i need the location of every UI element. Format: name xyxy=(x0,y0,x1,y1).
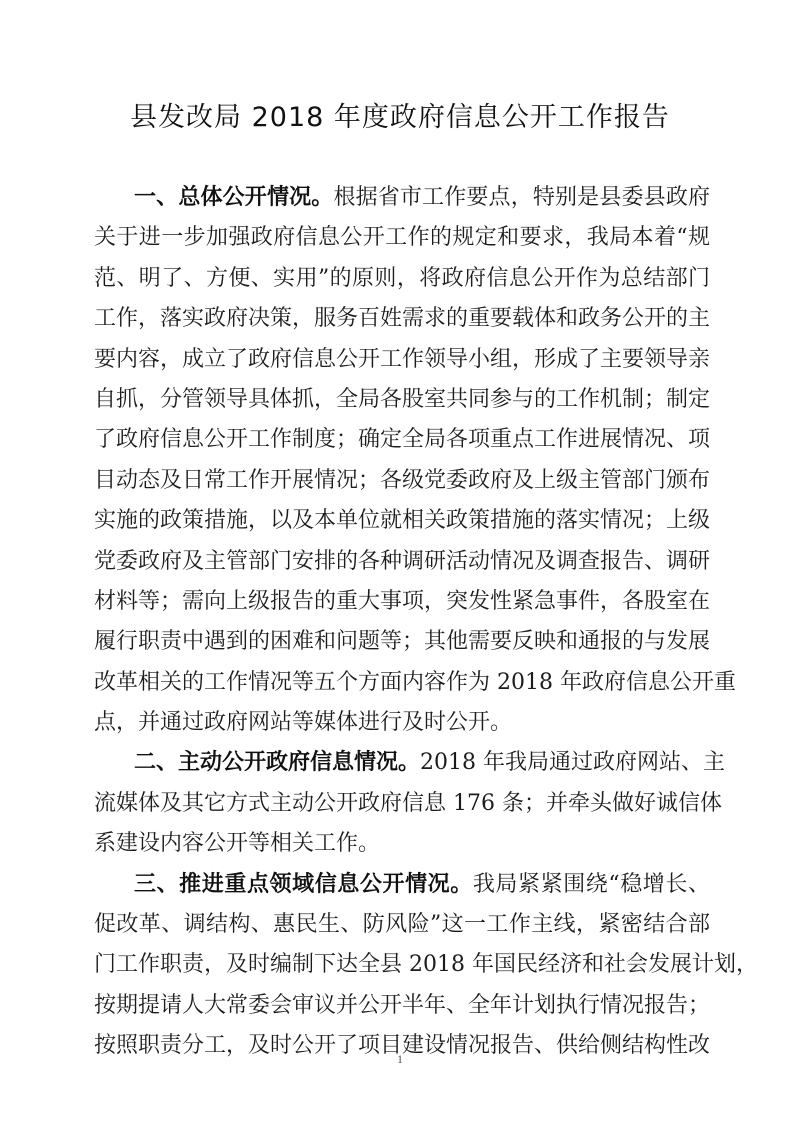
paragraph-line: 系建设内容公开等相关工作。 xyxy=(94,824,710,864)
paragraph-line: 范、明了、方便、实用”的原则，将政府信息公开作为总结部门 xyxy=(94,259,710,299)
paragraph-line: 门工作职责，及时编制下达全县 2018 年国民经济和社会发展计划， xyxy=(94,945,710,985)
section-1-heading: 一、总体公开情况。 xyxy=(134,185,333,210)
paragraph-line: 改革相关的工作情况等五个方面内容作为 2018 年政府信息公开重 xyxy=(94,663,710,703)
document-body: 一、总体公开情况。根据省市工作要点，特别是县委县政府 关于进一步加强政府信息公开… xyxy=(94,178,710,1067)
paragraph-line: 按期提请人大常委会审议并公开半年、全年计划执行情况报告； xyxy=(94,986,710,1026)
document-title: 县发改局 2018 年度政府信息公开工作报告 xyxy=(0,98,800,138)
paragraph-line: 履行职责中遇到的困难和问题等；其他需要反映和通报的与发展 xyxy=(94,622,710,662)
paragraph-line: 工作，落实政府决策，服务百姓需求的重要载体和政务公开的主 xyxy=(94,299,710,339)
paragraph-text: 根据省市工作要点，特别是县委县政府 xyxy=(333,185,710,210)
paragraph-text: 我局紧紧围绕“稳增长、 xyxy=(473,872,710,897)
paragraph-line: 材料等；需向上级报告的重大事项，突发性紧急事件，各股室在 xyxy=(94,582,710,622)
paragraph-line: 促改革、调结构、惠民生、防风险”这一工作主线，紧密结合部 xyxy=(94,905,710,945)
paragraph-line: 点，并通过政府网站等媒体进行及时公开。 xyxy=(94,703,710,743)
page-number: 1 xyxy=(0,1052,800,1067)
paragraph-text: 2018 年我局通过政府网站、主 xyxy=(420,750,725,775)
paragraph-line: 要内容，成立了政府信息公开工作领导小组，形成了主要领导亲 xyxy=(94,340,710,380)
section-3-line-1: 三、推进重点领域信息公开情况。我局紧紧围绕“稳增长、 xyxy=(94,865,710,905)
section-2-heading: 二、主动公开政府信息情况。 xyxy=(134,750,420,775)
paragraph-line: 自抓，分管领导具体抓，全局各股室共同参与的工作机制；制定 xyxy=(94,380,710,420)
paragraph-line: 目动态及日常工作开展情况；各级党委政府及上级主管部门颁布 xyxy=(94,461,710,501)
paragraph-line: 实施的政策措施，以及本单位就相关政策措施的落实情况；上级 xyxy=(94,501,710,541)
paragraph-line: 流媒体及其它方式主动公开政府信息 176 条；并牵头做好诚信体 xyxy=(94,784,710,824)
paragraph-line: 了政府信息公开工作制度；确定全局各项重点工作进展情况、项 xyxy=(94,420,710,460)
section-3-heading: 三、推进重点领域信息公开情况。 xyxy=(134,872,473,897)
paragraph-line: 党委政府及主管部门安排的各种调研活动情况及调查报告、调研 xyxy=(94,542,710,582)
section-1-line-1: 一、总体公开情况。根据省市工作要点，特别是县委县政府 xyxy=(94,178,710,218)
section-2-line-1: 二、主动公开政府信息情况。2018 年我局通过政府网站、主 xyxy=(94,743,710,783)
document-page: 县发改局 2018 年度政府信息公开工作报告 一、总体公开情况。根据省市工作要点… xyxy=(0,0,800,1130)
paragraph-line: 关于进一步加强政府信息公开工作的规定和要求，我局本着“规 xyxy=(94,218,710,258)
